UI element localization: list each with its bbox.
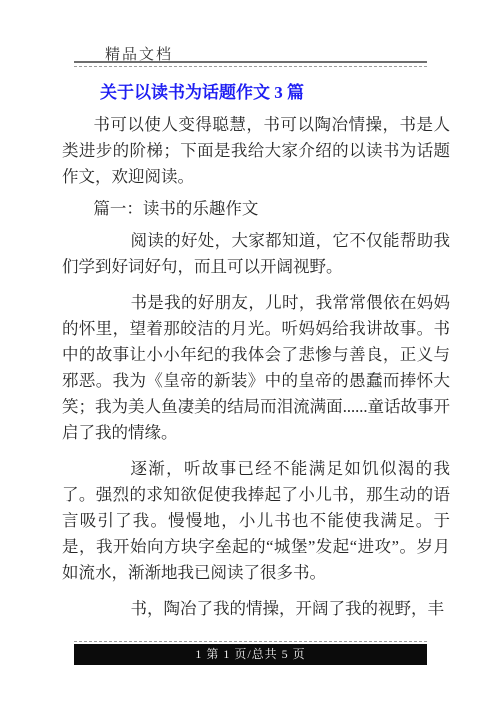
header-rule-solid xyxy=(74,61,427,63)
paragraph-body: 阅读的好处，大家都知道，它不仅能帮助我们学到好词好句，而且可以开阔视野。 xyxy=(62,228,450,280)
footer-page-bar: 1 第 1 页/总共 5 页 xyxy=(74,644,427,665)
document-title: 关于以读书为话题作文 3 篇 xyxy=(100,80,450,106)
paragraph-body: 书是我的好朋友，儿时，我常常偎依在妈妈的怀里，望着那皎洁的月光。听妈妈给我讲故事… xyxy=(62,290,450,446)
document-body: 关于以读书为话题作文 3 篇 书可以使人变得聪慧，书可以陶冶情操，书是人类进步的… xyxy=(62,80,450,622)
document-page: 精品文档 关于以读书为话题作文 3 篇 书可以使人变得聪慧，书可以陶冶情操，书是… xyxy=(0,0,500,707)
paragraph-section-heading: 篇一：读书的乐趣作文 xyxy=(62,196,450,222)
header-rule-dashed xyxy=(74,66,427,67)
footer-page-info: 1 第 1 页/总共 5 页 xyxy=(195,647,305,661)
paragraph-intro: 书可以使人变得聪慧，书可以陶冶情操，书是人类进步的阶梯；下面是我给大家介绍的以读… xyxy=(62,112,450,190)
paragraph-body-truncated: 书，陶冶了我的情操，开阔了我的视野，丰 xyxy=(62,596,450,622)
footer-rule-dashed xyxy=(74,641,427,642)
paragraph-body: 逐渐，听故事已经不能满足如饥似渴的我了。强烈的求知欲促使我捧起了小儿书，那生动的… xyxy=(62,456,450,586)
